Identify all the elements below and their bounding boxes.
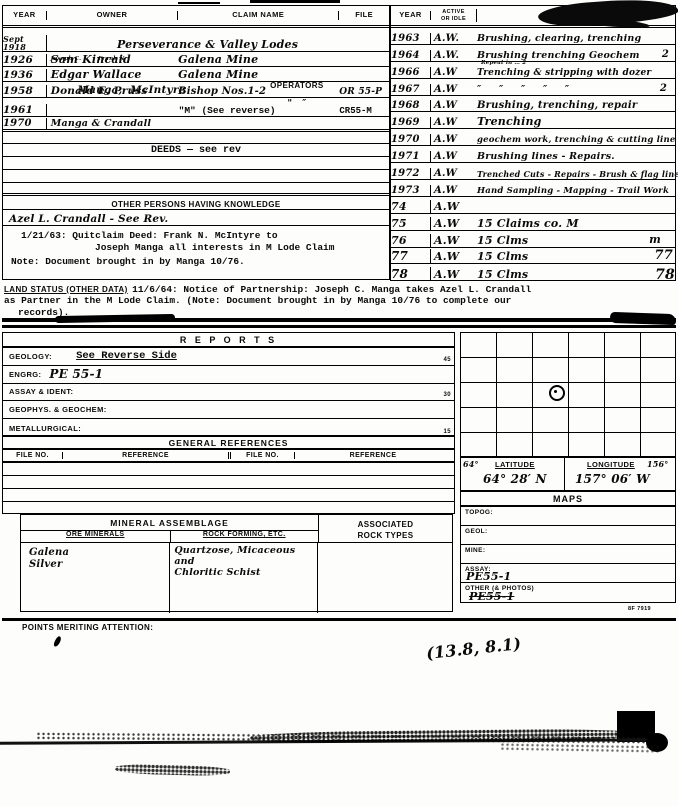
section-divider [2, 318, 676, 322]
owner-name: Mauga, McIntyre [77, 84, 185, 96]
blank-row [3, 170, 389, 183]
activity-row: 1964 A.W. Brushing trenching Geochem 2 [391, 45, 675, 62]
latitude-degrees-note: 64° [463, 459, 479, 469]
margin-number: 30 [444, 392, 451, 398]
points-meriting-attention-label: POINTS MERITING ATTENTION: [22, 623, 153, 632]
report-label: GEOLOGY: [3, 352, 52, 361]
activity-row: 1970 A.W geochem work, trenching & cutti… [391, 129, 675, 146]
report-row: METALLURGICAL: 15 [3, 419, 454, 437]
col-claim-name: CLAIM NAME [178, 11, 339, 19]
status-cell: A.W. [431, 33, 477, 44]
mineral-assemblage-title: MINERAL ASSEMBLAGE [110, 518, 229, 528]
longitude-degrees-note: 156° [647, 459, 669, 469]
associated-rock-types-header: ASSOCIATED ROCK TYPES [319, 515, 452, 543]
year-cell: 1967 [391, 84, 431, 95]
report-label: METALLURGICAL: [3, 424, 81, 433]
year-cell: 78 [391, 267, 431, 281]
claim-location-marker [549, 385, 565, 401]
year-cell: Sept 1918 [3, 35, 47, 51]
activity-row: 1973 A.W Hand Sampling - Mapping - Trail… [391, 180, 675, 197]
handwritten-annotation: (13.8, 8.1) [425, 634, 522, 663]
report-value: See Reverse Side [52, 350, 177, 362]
year-cell: 1970 [3, 118, 47, 129]
maps-title-row: MAPS [461, 492, 675, 507]
map-row-label: GEOL: [461, 526, 488, 535]
year-cell: 76 [391, 234, 431, 247]
general-references-header: FILE NO. REFERENCE FILE NO. REFERENCE [3, 450, 454, 463]
ore-minerals-header: ORE MINERALS [21, 531, 171, 542]
status-cell: A.W [431, 67, 477, 78]
deeds-label: DEEDS — see rev [151, 145, 241, 156]
owner-row: 1961 Joseph C. Frank N Mauga, McIntyre "… [3, 98, 389, 117]
file-cell: CR55-M [339, 106, 389, 116]
year-cell: 1964 [391, 50, 431, 61]
year-cell: 1970 [391, 134, 431, 145]
col-year: YEAR [3, 11, 47, 19]
col-reference: REFERENCE [295, 452, 451, 460]
year-cell: 1969 [391, 117, 431, 128]
year-cell: 74 [391, 200, 431, 213]
activity-row: 74 A.W [391, 197, 675, 214]
activity-row: 75 A.W 15 Claims co. M [391, 214, 675, 231]
land-status-section: LAND STATUS (OTHER DATA) 11/6/64: Notice… [4, 282, 676, 319]
status-cell: A.W. [431, 50, 477, 61]
work-tail: 2 [660, 83, 667, 94]
footer-rule [2, 618, 676, 621]
col-owner: OWNER [47, 11, 178, 19]
report-row: GEOPHYS. & GEOCHEM: [3, 401, 454, 419]
associated-rock-types-value [318, 543, 452, 613]
other-persons-header-row: OTHER PERSONS HAVING KNOWLEDGE [3, 196, 389, 210]
year-cell: 1936 [3, 69, 47, 81]
blank-row [3, 157, 389, 170]
work-cell: ″ ″ ″ ″ ″ [477, 84, 675, 95]
reference-row [3, 502, 454, 514]
col-file-no: FILE NO. [3, 452, 63, 460]
year-cell: 77 [391, 249, 431, 263]
report-row: ASSAY & IDENT: 30 [3, 384, 454, 402]
work-cell: Trenched Cuts - Repairs - Brush & flag l… [477, 169, 675, 179]
latitude-value: 64° 28′ N [483, 472, 547, 486]
work-cell: Hand Sampling - Mapping - Trail Work [477, 186, 675, 196]
work-tail: 78 [655, 267, 675, 283]
map-row-value: PE55-1 [466, 570, 511, 583]
status-cell: A.W [431, 268, 477, 281]
year-cell: 1966 [391, 67, 431, 78]
year-cell: 1968 [391, 100, 431, 111]
status-cell: A.W [431, 217, 477, 230]
lat-long-section: 64° LATITUDE 64° 28′ N LONGITUDE 156° 15… [460, 457, 676, 491]
year-cell: 1972 [391, 168, 431, 179]
activity-row: 1969 A.W Trenching [391, 112, 675, 129]
general-references-section: GENERAL REFERENCES FILE NO. REFERENCE FI… [2, 436, 455, 514]
map-row: GEOL: [461, 526, 675, 545]
map-row: ASSAY: PE55-1 [461, 564, 675, 583]
note-line: Joseph Manga all interests in M Lode Cla… [95, 242, 334, 253]
other-persons-label: OTHER PERSONS HAVING KNOWLEDGE [111, 200, 280, 209]
longitude-value: 157° 06′ W [575, 472, 650, 486]
map-row-label: TOPOG: [461, 507, 493, 516]
blank-row [3, 183, 389, 196]
work-cell: 15 Clms [477, 234, 675, 247]
work-cell: Trenching [477, 115, 675, 128]
report-value: PE 55-1 [41, 367, 103, 381]
work-cell: geochem work, trenching & cutting line [477, 135, 675, 145]
quitclaim-note: 1/21/63: Quitclaim Deed: Frank N. McInty… [3, 226, 389, 276]
status-cell: A.W [431, 234, 477, 247]
scan-noise [53, 635, 62, 647]
deeds-row: DEEDS — see rev [3, 144, 389, 157]
status-cell: A.W [431, 168, 477, 179]
status-cell: A.W [431, 250, 477, 263]
status-cell: A.W [431, 134, 477, 145]
reports-title: R E P O R T S [180, 335, 277, 345]
scanned-mining-claim-form: { "left_table": { "headers": ["YEAR", "O… [0, 0, 678, 806]
scan-noise [617, 711, 655, 742]
col-reference: REFERENCE [63, 452, 231, 460]
scan-noise [500, 743, 660, 754]
work-cell: Brushing, clearing, trenching [477, 33, 675, 44]
general-references-title-row: GENERAL REFERENCES [3, 437, 454, 450]
owner-cell: Manga & Crandall [47, 118, 178, 129]
activity-row: 1967 A.W ″ ″ ″ ″ ″ 2 [391, 79, 675, 96]
activity-row: 78 A.W 15 Clms 78 [391, 264, 675, 281]
reference-row [3, 463, 454, 476]
operators-label: OPERATORS [270, 81, 324, 90]
status-cell: A.W [431, 100, 477, 111]
blank-row [3, 132, 389, 144]
report-row: GEOLOGY: See Reverse Side 45 [3, 348, 454, 366]
work-cell: 15 Clms [477, 250, 675, 263]
owner-cell: Joseph C. Frank N Mauga, McIntyre [47, 21, 179, 116]
col-active-or-idle: ACTIVE OR IDLE [431, 9, 477, 21]
activity-row: 77 A.W 15 Clms 77 [391, 248, 675, 265]
report-label: GEOPHYS. & GEOCHEM: [3, 405, 107, 414]
scan-noise [0, 738, 662, 744]
work-cell: Brushing lines - Repairs. [477, 151, 675, 162]
work-cell: 15 Claims co. M [477, 217, 675, 230]
scan-noise [250, 728, 635, 744]
reference-row [3, 476, 454, 489]
latitude-label: LATITUDE [495, 460, 535, 469]
rock-forming-header: ROCK FORMING, ETC. [171, 531, 319, 542]
map-row: OTHER (& PHOTOS) PE55-1 [461, 583, 675, 602]
land-status-label: LAND STATUS (OTHER DATA) [4, 285, 128, 294]
activity-row: 76 A.W 15 Clms m [391, 231, 675, 248]
map-row: TOPOG: [461, 507, 675, 526]
map-row-label: MINE: [461, 545, 485, 554]
claim-cell: "M" (See reverse) [179, 105, 340, 116]
longitude-label: LONGITUDE [587, 460, 635, 469]
status-cell: A.W [431, 84, 477, 95]
maps-title: MAPS [553, 494, 583, 504]
status-cell: A.W [431, 151, 477, 162]
year-cell: 75 [391, 217, 431, 230]
reports-title-row: R E P O R T S [3, 333, 454, 348]
year-cell: 1926 [3, 54, 47, 66]
scan-noise [646, 733, 668, 752]
work-tail: m [649, 233, 661, 246]
map-row-value: PE55-1 [469, 590, 514, 603]
rock-forming-value: Quartzose, Micaceous and Chloritic Schis… [170, 543, 317, 613]
report-row: ENGRG: PE 55-1 [3, 366, 454, 384]
map-row: MINE: [461, 545, 675, 564]
other-persons-entry: Azel L. Crandall - See Rev. [3, 213, 168, 225]
other-persons-entry-row: Azel L. Crandall - See Rev. [3, 210, 389, 226]
activity-row: 1972 A.W Trenched Cuts - Repairs - Brush… [391, 163, 675, 180]
work-cell: Brushing, trenching, repair [477, 100, 675, 111]
year-cell: 1958 [3, 85, 47, 97]
activity-table: YEAR ACTIVE OR IDLE TYPE OF C 1963 A.W. … [390, 5, 676, 281]
note-line: 1/21/63: Quitclaim Deed: Frank N. McInty… [21, 230, 278, 241]
latitude-box: 64° LATITUDE 64° 28′ N [461, 458, 565, 490]
work-tail: 77 [655, 248, 674, 263]
margin-number: 15 [444, 429, 451, 435]
activity-row: 1966 A.W Trenching & stripping with doze… [391, 62, 675, 79]
owner-superscript: Joseph C. Frank N [51, 57, 179, 62]
maps-section: MAPS TOPOG: GEOL: MINE: ASSAY: PE55-1 OT… [460, 491, 676, 603]
reports-section: R E P O R T S GEOLOGY: See Reverse Side … [2, 332, 455, 436]
mineral-assemblage-section: MINERAL ASSEMBLAGE ORE MINERALS ROCK FOR… [20, 514, 453, 612]
activity-row: 1968 A.W Brushing, trenching, repair [391, 96, 675, 113]
operators-label-cell: OPERATORS " ″ [178, 57, 389, 129]
year-cell: 1963 [391, 33, 431, 44]
activity-row: 1963 A.W. Brushing, clearing, trenching [391, 28, 675, 45]
work-cell: 15 Clms [477, 268, 675, 281]
status-cell: A.W [431, 117, 477, 128]
report-label: ASSAY & IDENT: [3, 387, 73, 396]
scan-noise [36, 732, 646, 744]
section-divider [2, 325, 676, 328]
reference-row [3, 489, 454, 502]
year-cell: 1971 [391, 151, 431, 162]
margin-number: 45 [444, 357, 451, 363]
col-type-of-work: TYPE OF C [477, 11, 675, 19]
operators-row: 1970 Manga & Crandall OPERATORS " ″ [3, 117, 389, 132]
scan-noise [178, 2, 220, 4]
land-status-line: as Partner in the M Lode Claim. (Note: D… [4, 295, 676, 307]
work-tail: 2 [662, 49, 669, 60]
year-cell: 1973 [391, 185, 431, 196]
work-cell: Trenching & stripping with dozer [477, 68, 675, 78]
report-label: ENGRG: [3, 370, 41, 379]
activity-table-header: YEAR ACTIVE OR IDLE TYPE OF C [391, 6, 675, 28]
activity-row: 1971 A.W Brushing lines - Repairs. [391, 146, 675, 163]
year-cell: 1961 [3, 104, 47, 116]
note-line: Note: Document brought in by Manga 10/76… [11, 256, 245, 267]
scan-noise [115, 763, 230, 776]
claim-map-grid [460, 332, 676, 457]
col-file: FILE [339, 11, 389, 19]
form-number: 8F 7919 [628, 606, 651, 612]
longitude-box: LONGITUDE 156° 157° 06′ W [565, 458, 675, 490]
status-cell: A.W [431, 200, 477, 213]
land-status-line: 11/6/64: Notice of Partnership: Joseph C… [132, 284, 531, 295]
status-cell: A.W [431, 185, 477, 196]
col-year: YEAR [391, 11, 431, 19]
scan-noise [250, 0, 340, 3]
ore-minerals-value: Galena Silver [21, 543, 170, 613]
ownership-table: YEAR OWNER CLAIM NAME FILE Sept 1918 Per… [2, 5, 390, 280]
col-file-no: FILE NO. [231, 452, 295, 460]
general-references-title: GENERAL REFERENCES [169, 438, 289, 448]
work-note-above: Repeat in … 2 [481, 60, 526, 66]
